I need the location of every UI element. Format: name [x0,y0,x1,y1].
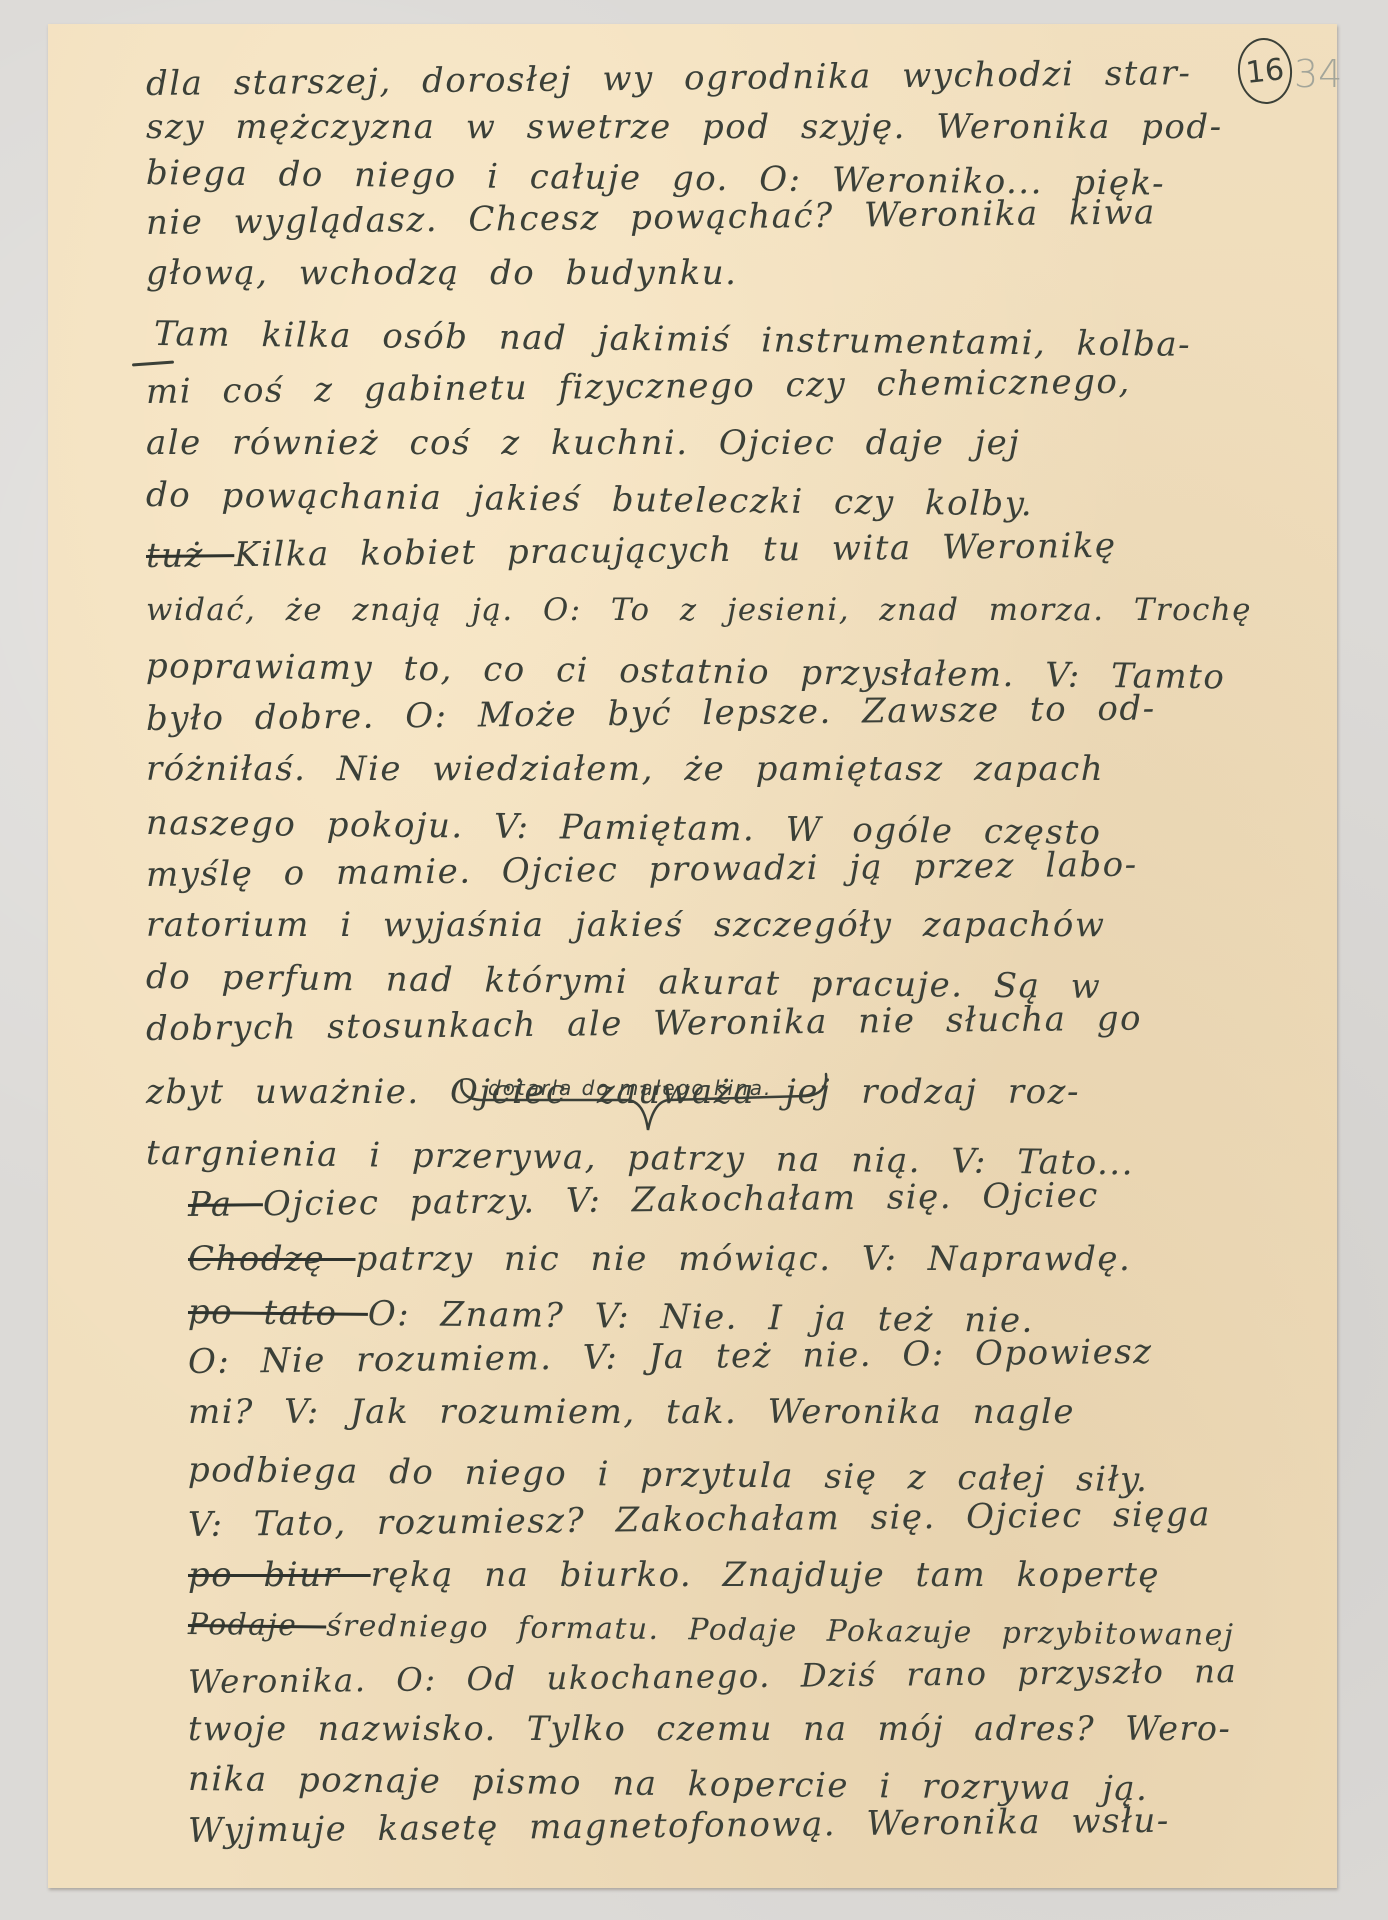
manuscript-line: Chodzę patrzy nic nie mówiąc. V: Naprawd… [188,1239,1131,1279]
manuscript-line: różniłaś. Nie wiedziałem, że pamiętasz z… [146,749,1104,789]
manuscript-line: Podaje średniego formatu. Podaje Pokazuj… [188,1607,1235,1653]
manuscript-line: nie wyglądasz. Chcesz powąchać? Weronika… [146,192,1156,243]
manuscript-line: po biur ręką na biurko. Znajduje tam kop… [188,1555,1160,1595]
manuscript-line: szy mężczyzna w swetrze pod szyję. Weron… [146,107,1223,147]
manuscript-line: V: Tato, rozumiesz? Zakochałam się. Ojci… [188,1495,1211,1546]
struck-out-word: tuż [146,535,235,576]
manuscript-line: dla starszej, dorosłej wy ogrodnika wych… [146,53,1192,104]
manuscript-page: 16 34 dla starszej, dorosłej wy ogrodnik… [48,24,1337,1888]
manuscript-line: ale również coś z kuchni. Ojciec daje je… [146,423,1020,463]
struck-out-word: po tato [188,1292,368,1334]
manuscript-line: Pa Ojciec patrzy. V: Zakochałam się. Ojc… [188,1175,1099,1225]
circled-page-number: 16 [1235,35,1296,106]
manuscript-line: do perfum nad którymi akurat pracuje. Są… [146,957,1102,1007]
manuscript-line: dobrych stosunkach ale Weronika nie słuc… [146,998,1142,1048]
struck-out-word: Pa [188,1184,263,1225]
struck-out-word: po biur [188,1555,371,1595]
struck-out-word: Chodzę [188,1239,356,1279]
paragraph-dash-mark [132,361,174,367]
manuscript-line: twoje nazwisko. Tylko czemu na mój adres… [188,1709,1231,1748]
manuscript-line: tuż Kilka kobiet pracujących tu wita Wer… [146,526,1117,576]
manuscript-line: Wyjmuje kasetę magnetofonową. Weronika w… [188,1801,1170,1851]
archive-pencil-number: 34 [1294,52,1342,96]
manuscript-line: mi? V: Jak rozumiem, tak. Weronika nagle [188,1392,1075,1432]
manuscript-line: widać, że znają ją. O: To z jesieni, zna… [146,592,1252,628]
manuscript-line: było dobre. O: Może być lepsze. Zawsze t… [146,689,1156,740]
inserted-annotation: dotarła do małego kina. [488,1076,772,1100]
manuscript-line: podbiega do niego i przytula się z całej… [188,1450,1149,1500]
struck-out-word: Podaje [188,1607,327,1643]
manuscript-line: Weronika. O: Od ukochanego. Dziś rano pr… [188,1652,1238,1701]
manuscript-line: Tam kilka osób nad jakimiś instrumentami… [154,314,1192,365]
manuscript-line: mi coś z gabinetu fizycznego czy chemicz… [146,361,1131,411]
manuscript-line: myślę o mamie. Ojciec prowadzi ją przez … [146,845,1138,895]
page-number-text: 16 [1244,52,1286,91]
manuscript-line: do powąchania jakieś buteleczki czy kolb… [146,475,1034,524]
manuscript-line: O: Nie rozumiem. V: Ja też nie. O: Opowi… [188,1332,1153,1382]
manuscript-line: ratorium i wyjaśnia jakieś szczegóły zap… [146,905,1105,945]
manuscript-line: głową, wchodzą do budynku. [146,253,737,293]
